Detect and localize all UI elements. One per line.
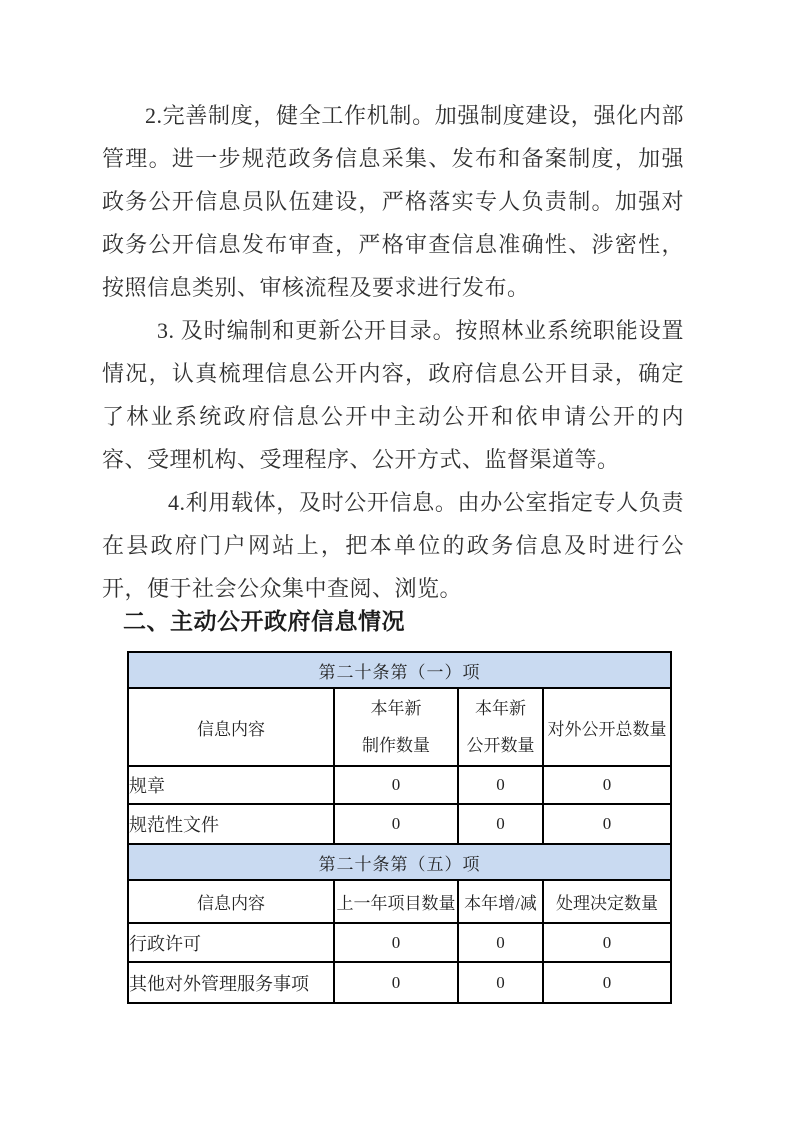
table-cell: 0 [458, 766, 543, 804]
column-header: 本年增/减 [458, 880, 543, 923]
table-cell: 0 [334, 804, 458, 844]
table-band-row: 第二十条第（五）项 [128, 844, 671, 880]
column-header: 本年新 制作数量 [334, 688, 458, 766]
table-cell: 0 [543, 962, 671, 1003]
table-band-row: 第二十条第（一）项 [128, 652, 671, 688]
info-disclosure-table: 第二十条第（一）项 信息内容 本年新 制作数量 本年新 公开数量 对外公开总数量 [127, 651, 672, 1004]
column-header-label: 本年新 [459, 690, 542, 727]
table-cell: 0 [543, 923, 671, 962]
column-header: 本年新 公开数量 [458, 688, 543, 766]
column-header: 信息内容 [128, 880, 334, 923]
table-cell: 0 [458, 804, 543, 844]
body-paragraph: 4.利用载体，及时公开信息。由办公室指定专人负责在县政府门户网站上，把本单位的政… [102, 481, 684, 610]
row-label: 规章 [128, 766, 334, 804]
column-header: 对外公开总数量 [543, 688, 671, 766]
column-header-label: 上一年项目数量 [337, 894, 456, 913]
body-paragraph: 3. 及时编制和更新公开目录。按照林业系统职能设置情况，认真梳理信息公开内容，政… [102, 309, 684, 481]
table-cell: 0 [458, 923, 543, 962]
disclosure-table-wrap: 第二十条第（一）项 信息内容 本年新 制作数量 本年新 公开数量 对外公开总数量 [127, 651, 670, 1004]
column-header-label: 对外公开总数量 [548, 720, 667, 739]
column-header: 处理决定数量 [543, 880, 671, 923]
column-header-label: 处理决定数量 [556, 894, 658, 913]
table-band-title: 第二十条第（一）项 [128, 652, 671, 688]
table-row: 规范性文件 0 0 0 [128, 804, 671, 844]
table-cell: 0 [458, 962, 543, 1003]
column-header-label: 信息内容 [197, 894, 265, 913]
table-cell: 0 [334, 766, 458, 804]
page-content: 2.完善制度，健全工作机制。加强制度建设，强化内部管理。进一步规范政务信息采集、… [102, 94, 684, 1004]
table-band-title: 第二十条第（五）项 [128, 844, 671, 880]
row-label: 行政许可 [128, 923, 334, 962]
table-header-row: 信息内容 上一年项目数量 本年增/减 处理决定数量 [128, 880, 671, 923]
column-header-label: 制作数量 [335, 727, 457, 764]
table-row: 其他对外管理服务事项 0 0 0 [128, 962, 671, 1003]
column-header-label: 公开数量 [459, 727, 542, 764]
column-header-label: 信息内容 [197, 720, 265, 739]
column-header: 信息内容 [128, 688, 334, 766]
table-row: 行政许可 0 0 0 [128, 923, 671, 962]
table-cell: 0 [543, 804, 671, 844]
body-paragraph: 2.完善制度，健全工作机制。加强制度建设，强化内部管理。进一步规范政务信息采集、… [102, 94, 684, 309]
column-header-label: 本年增/减 [464, 894, 537, 913]
column-header: 上一年项目数量 [334, 880, 458, 923]
table-cell: 0 [334, 923, 458, 962]
table-cell: 0 [334, 962, 458, 1003]
row-label: 规范性文件 [128, 804, 334, 844]
section-heading: 二、主动公开政府信息情况 [123, 600, 684, 643]
table-header-row: 信息内容 本年新 制作数量 本年新 公开数量 对外公开总数量 [128, 688, 671, 766]
table-cell: 0 [543, 766, 671, 804]
column-header-label: 本年新 [335, 690, 457, 727]
row-label: 其他对外管理服务事项 [128, 962, 334, 1003]
table-row: 规章 0 0 0 [128, 766, 671, 804]
document-page: 2.完善制度，健全工作机制。加强制度建设，强化内部管理。进一步规范政务信息采集、… [0, 0, 793, 1122]
